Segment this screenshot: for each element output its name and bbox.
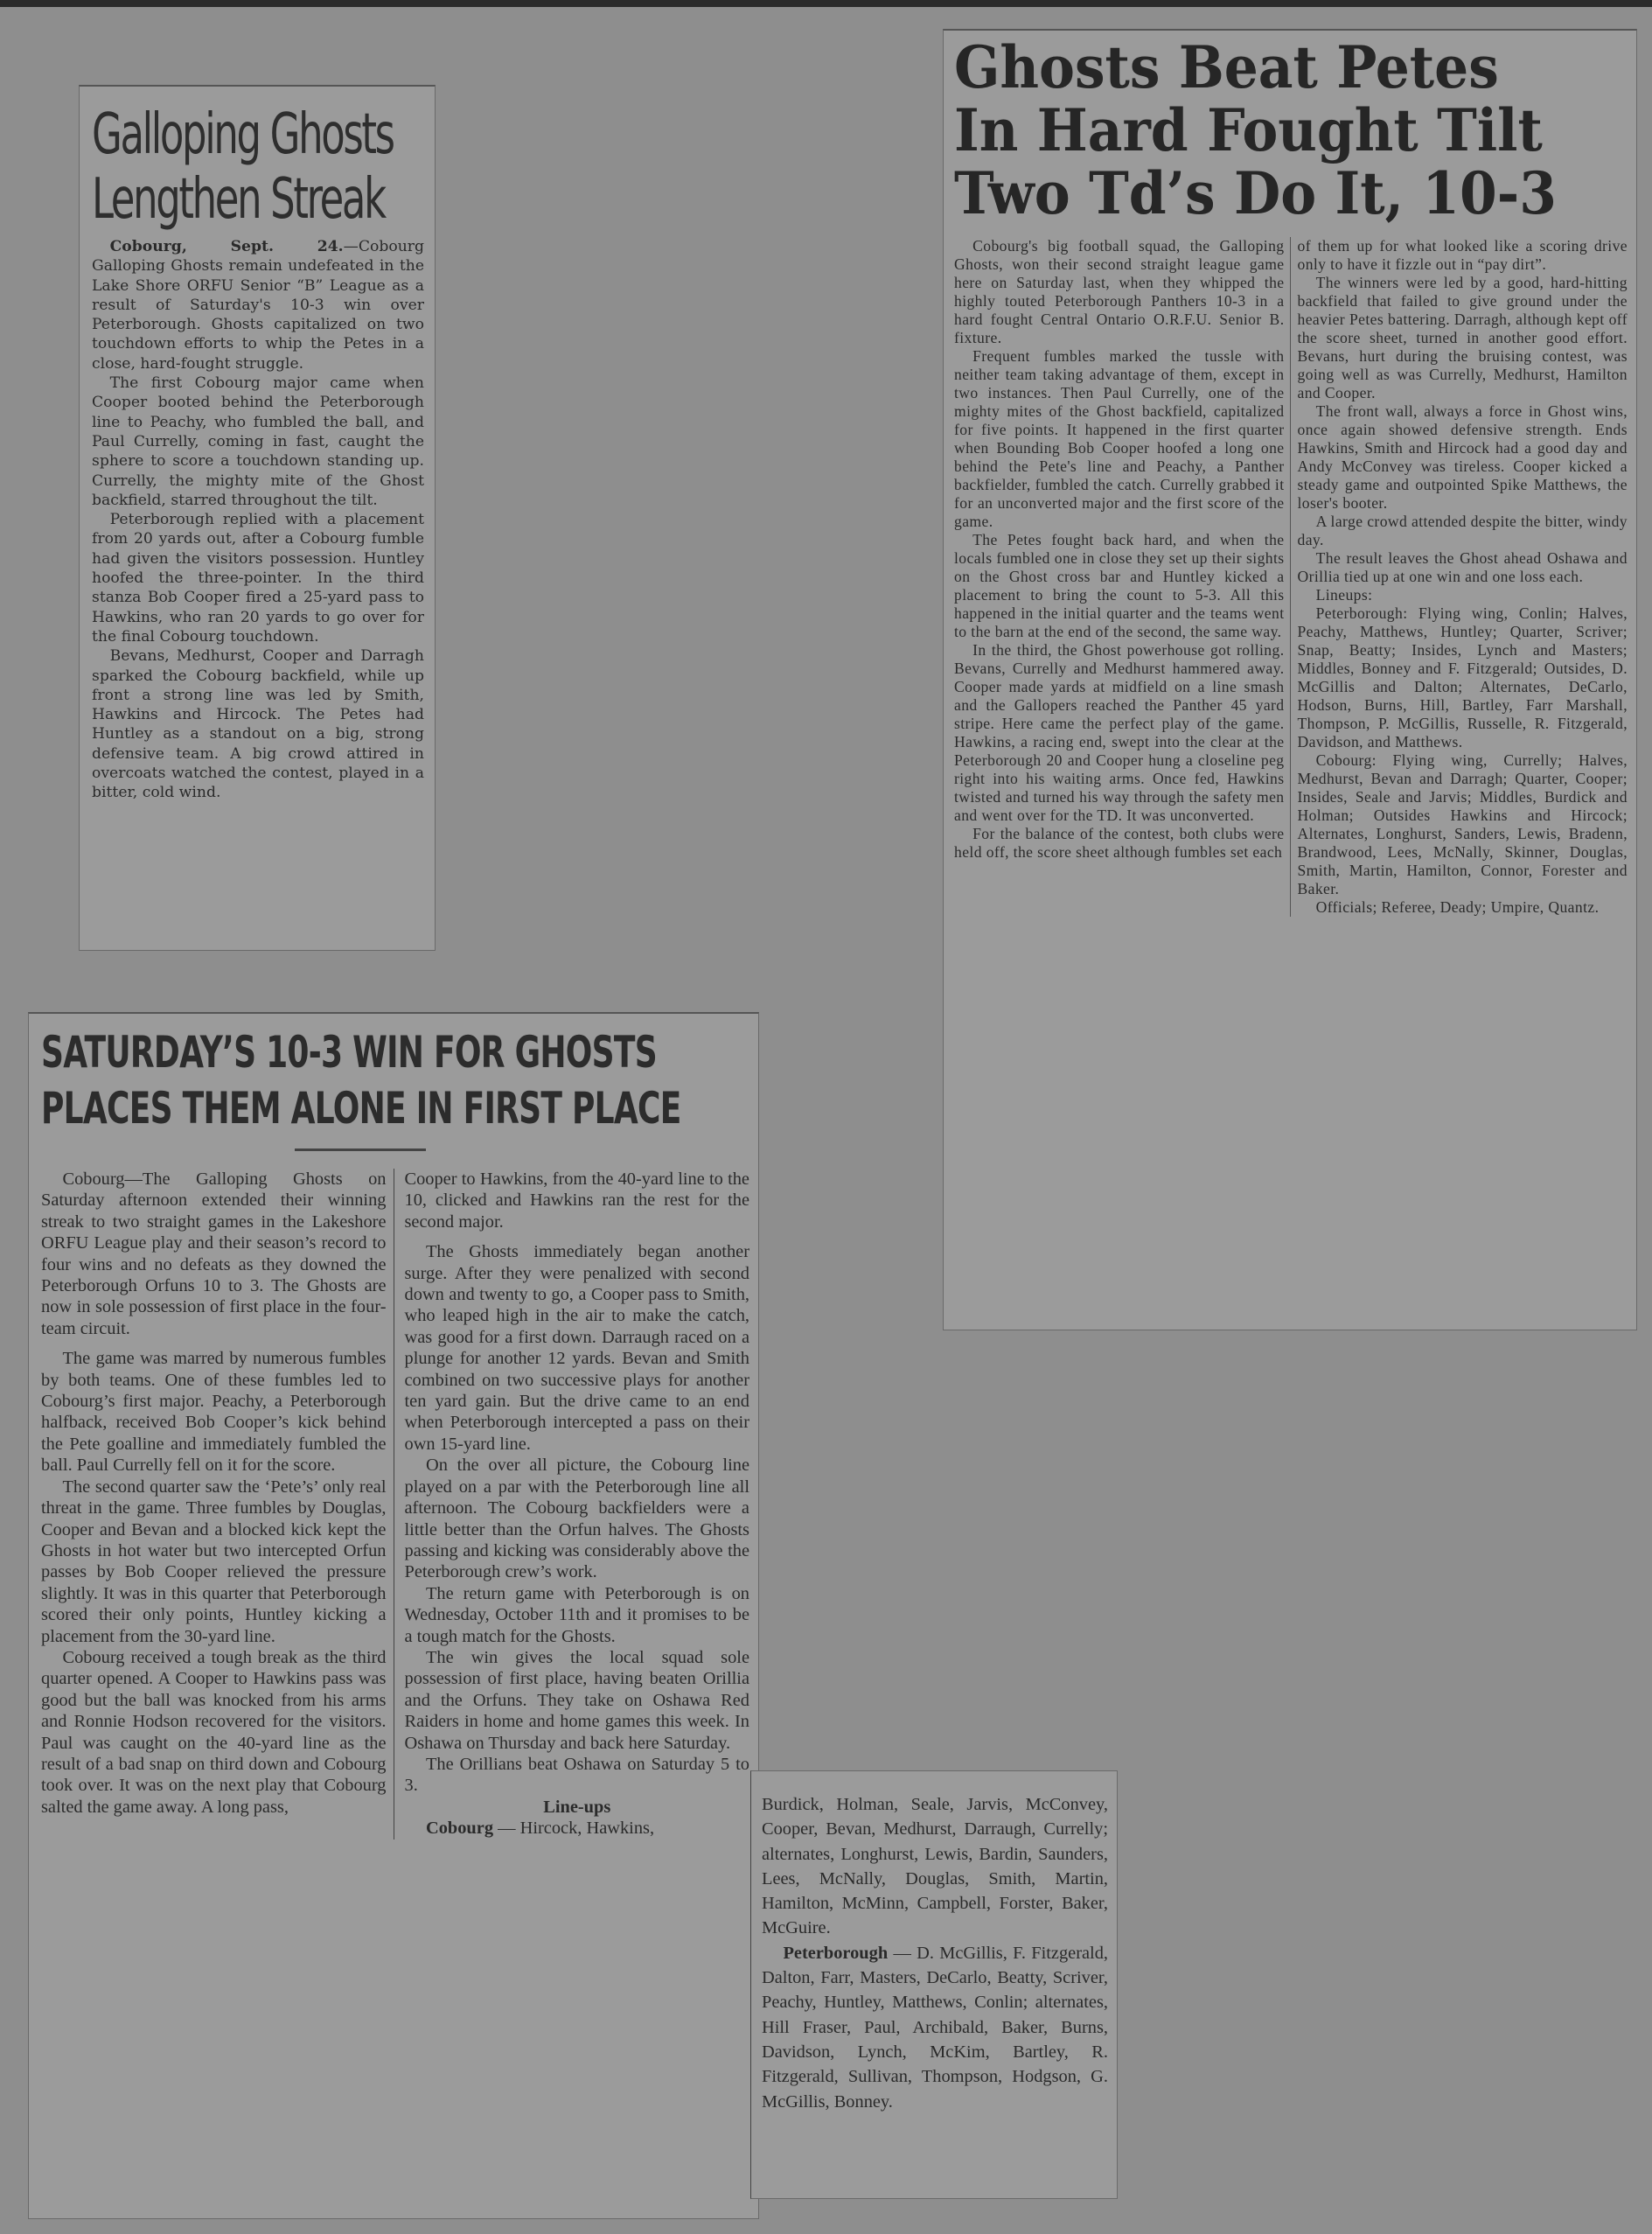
paragraph: Cobourg—The Galloping Ghosts on Saturday… [41,1169,387,1339]
lineups-label: Lineups: [1298,586,1628,604]
paragraph: The game was marred by numerous fumbles … [41,1348,387,1476]
paragraph: On the over all picture, the Cobourg lin… [405,1455,750,1582]
headline-rule [295,1148,426,1151]
paragraph: Cooper to Hawkins, from the 40-yard line… [405,1169,750,1232]
headline-line-1: Galloping Ghosts [92,102,351,167]
paragraph: The Petes fought back hard, and when the… [954,531,1285,641]
headline-line-3: Two Td’s Do It, 10-3 [954,162,1580,225]
paragraph: A large crowd attended despite the bitte… [1298,513,1628,549]
clipping-lineups-continued: Burdick, Holman, Seale, Jarvis, McConvey… [750,1770,1118,2199]
column-left: Cobourg's big football squad, the Gallop… [954,237,1291,917]
lineup-peterborough: Peterborough — D. McGillis, F. Fitzgeral… [762,1941,1108,2114]
paragraph: The Orillians beat Oshawa on Saturday 5 … [405,1754,750,1797]
column-right: Cooper to Hawkins, from the 40-yard line… [394,1169,750,1840]
lineup-peterborough: Peterborough: Flying wing, Conlin; Halve… [1298,604,1628,751]
article-columns: Cobourg—The Galloping Ghosts on Saturday… [41,1169,749,1840]
officials: Officials; Referee, Deady; Umpire, Quant… [1298,898,1628,917]
paragraph: The winners were led by a good, hard-hit… [1298,274,1628,402]
lineups-heading: Line-ups [405,1797,750,1818]
dateline: Cobourg, Sept. 24. [110,238,344,255]
paragraph: of them up for what looked like a scorin… [1298,237,1628,274]
column-right: of them up for what looked like a scorin… [1291,237,1628,917]
paragraph: In the third, the Ghost powerhouse got r… [954,641,1285,825]
paragraph: Cobourg's big football squad, the Gallop… [954,237,1285,347]
headline-line-1: Ghosts Beat Petes [954,36,1580,99]
paragraph: The front wall, always a force in Ghost … [1298,402,1628,513]
lineups-body: Burdick, Holman, Seale, Jarvis, McConvey… [762,1792,1108,2114]
lineup-cobourg: Cobourg: Flying wing, Currelly; Halves, … [1298,751,1628,898]
clipping-galloping-ghosts-lengthen-streak: Galloping Ghosts Lengthen Streak Cobourg… [79,85,436,951]
paragraph: Cobourg, Sept. 24.—Cobourg Galloping Gho… [92,237,424,373]
clipping-saturdays-win-for-ghosts: SATURDAY’S 10-3 WIN FOR GHOSTS PLACES TH… [28,1012,759,2219]
headline: Ghosts Beat Petes In Hard Fought Tilt Tw… [954,36,1580,225]
paragraph: The return game with Peterborough is on … [405,1583,750,1647]
team-label-peterborough: Peterborough [783,1944,888,1963]
paragraph: Cobourg received a tough break as the th… [41,1647,387,1818]
headline: Galloping Ghosts Lengthen Streak [92,102,351,232]
headline-line-2: Lengthen Streak [92,167,351,232]
column-left: Cobourg—The Galloping Ghosts on Saturday… [41,1169,394,1840]
article-columns: Cobourg's big football squad, the Gallop… [954,237,1628,917]
lineup-cobourg-start: Cobourg — Hircock, Hawkins, [405,1818,750,1839]
paragraph: The result leaves the Ghost ahead Oshawa… [1298,549,1628,586]
article-body: Cobourg, Sept. 24.—Cobourg Galloping Gho… [92,237,424,803]
paragraph: Bevans, Medhurst, Cooper and Darragh spa… [92,646,424,802]
paragraph: For the balance of the contest, both clu… [954,825,1285,862]
clipping-ghosts-beat-petes: Ghosts Beat Petes In Hard Fought Tilt Tw… [943,29,1637,1330]
headline: SATURDAY’S 10-3 WIN FOR GHOSTS PLACES TH… [41,1024,551,1136]
paragraph: Peterborough replied with a placement fr… [92,510,424,646]
paragraph: The first Cobourg major came when Cooper… [92,373,424,510]
paragraph: The Ghosts immediately began another sur… [405,1241,750,1455]
paragraph: The win gives the local squad sole posse… [405,1647,750,1754]
team-label-cobourg: Cobourg [426,1819,493,1838]
headline-line-2: PLACES THEM ALONE IN FIRST PLACE [41,1080,551,1136]
lineup-cobourg-continued: Burdick, Holman, Seale, Jarvis, McConvey… [762,1792,1108,1941]
paragraph: Frequent fumbles marked the tussle with … [954,347,1285,531]
headline-line-1: SATURDAY’S 10-3 WIN FOR GHOSTS [41,1024,551,1080]
headline-line-2: In Hard Fought Tilt [954,99,1580,162]
paragraph: The second quarter saw the ‘Pete’s’ only… [41,1477,387,1647]
scan-top-edge [0,0,1652,7]
